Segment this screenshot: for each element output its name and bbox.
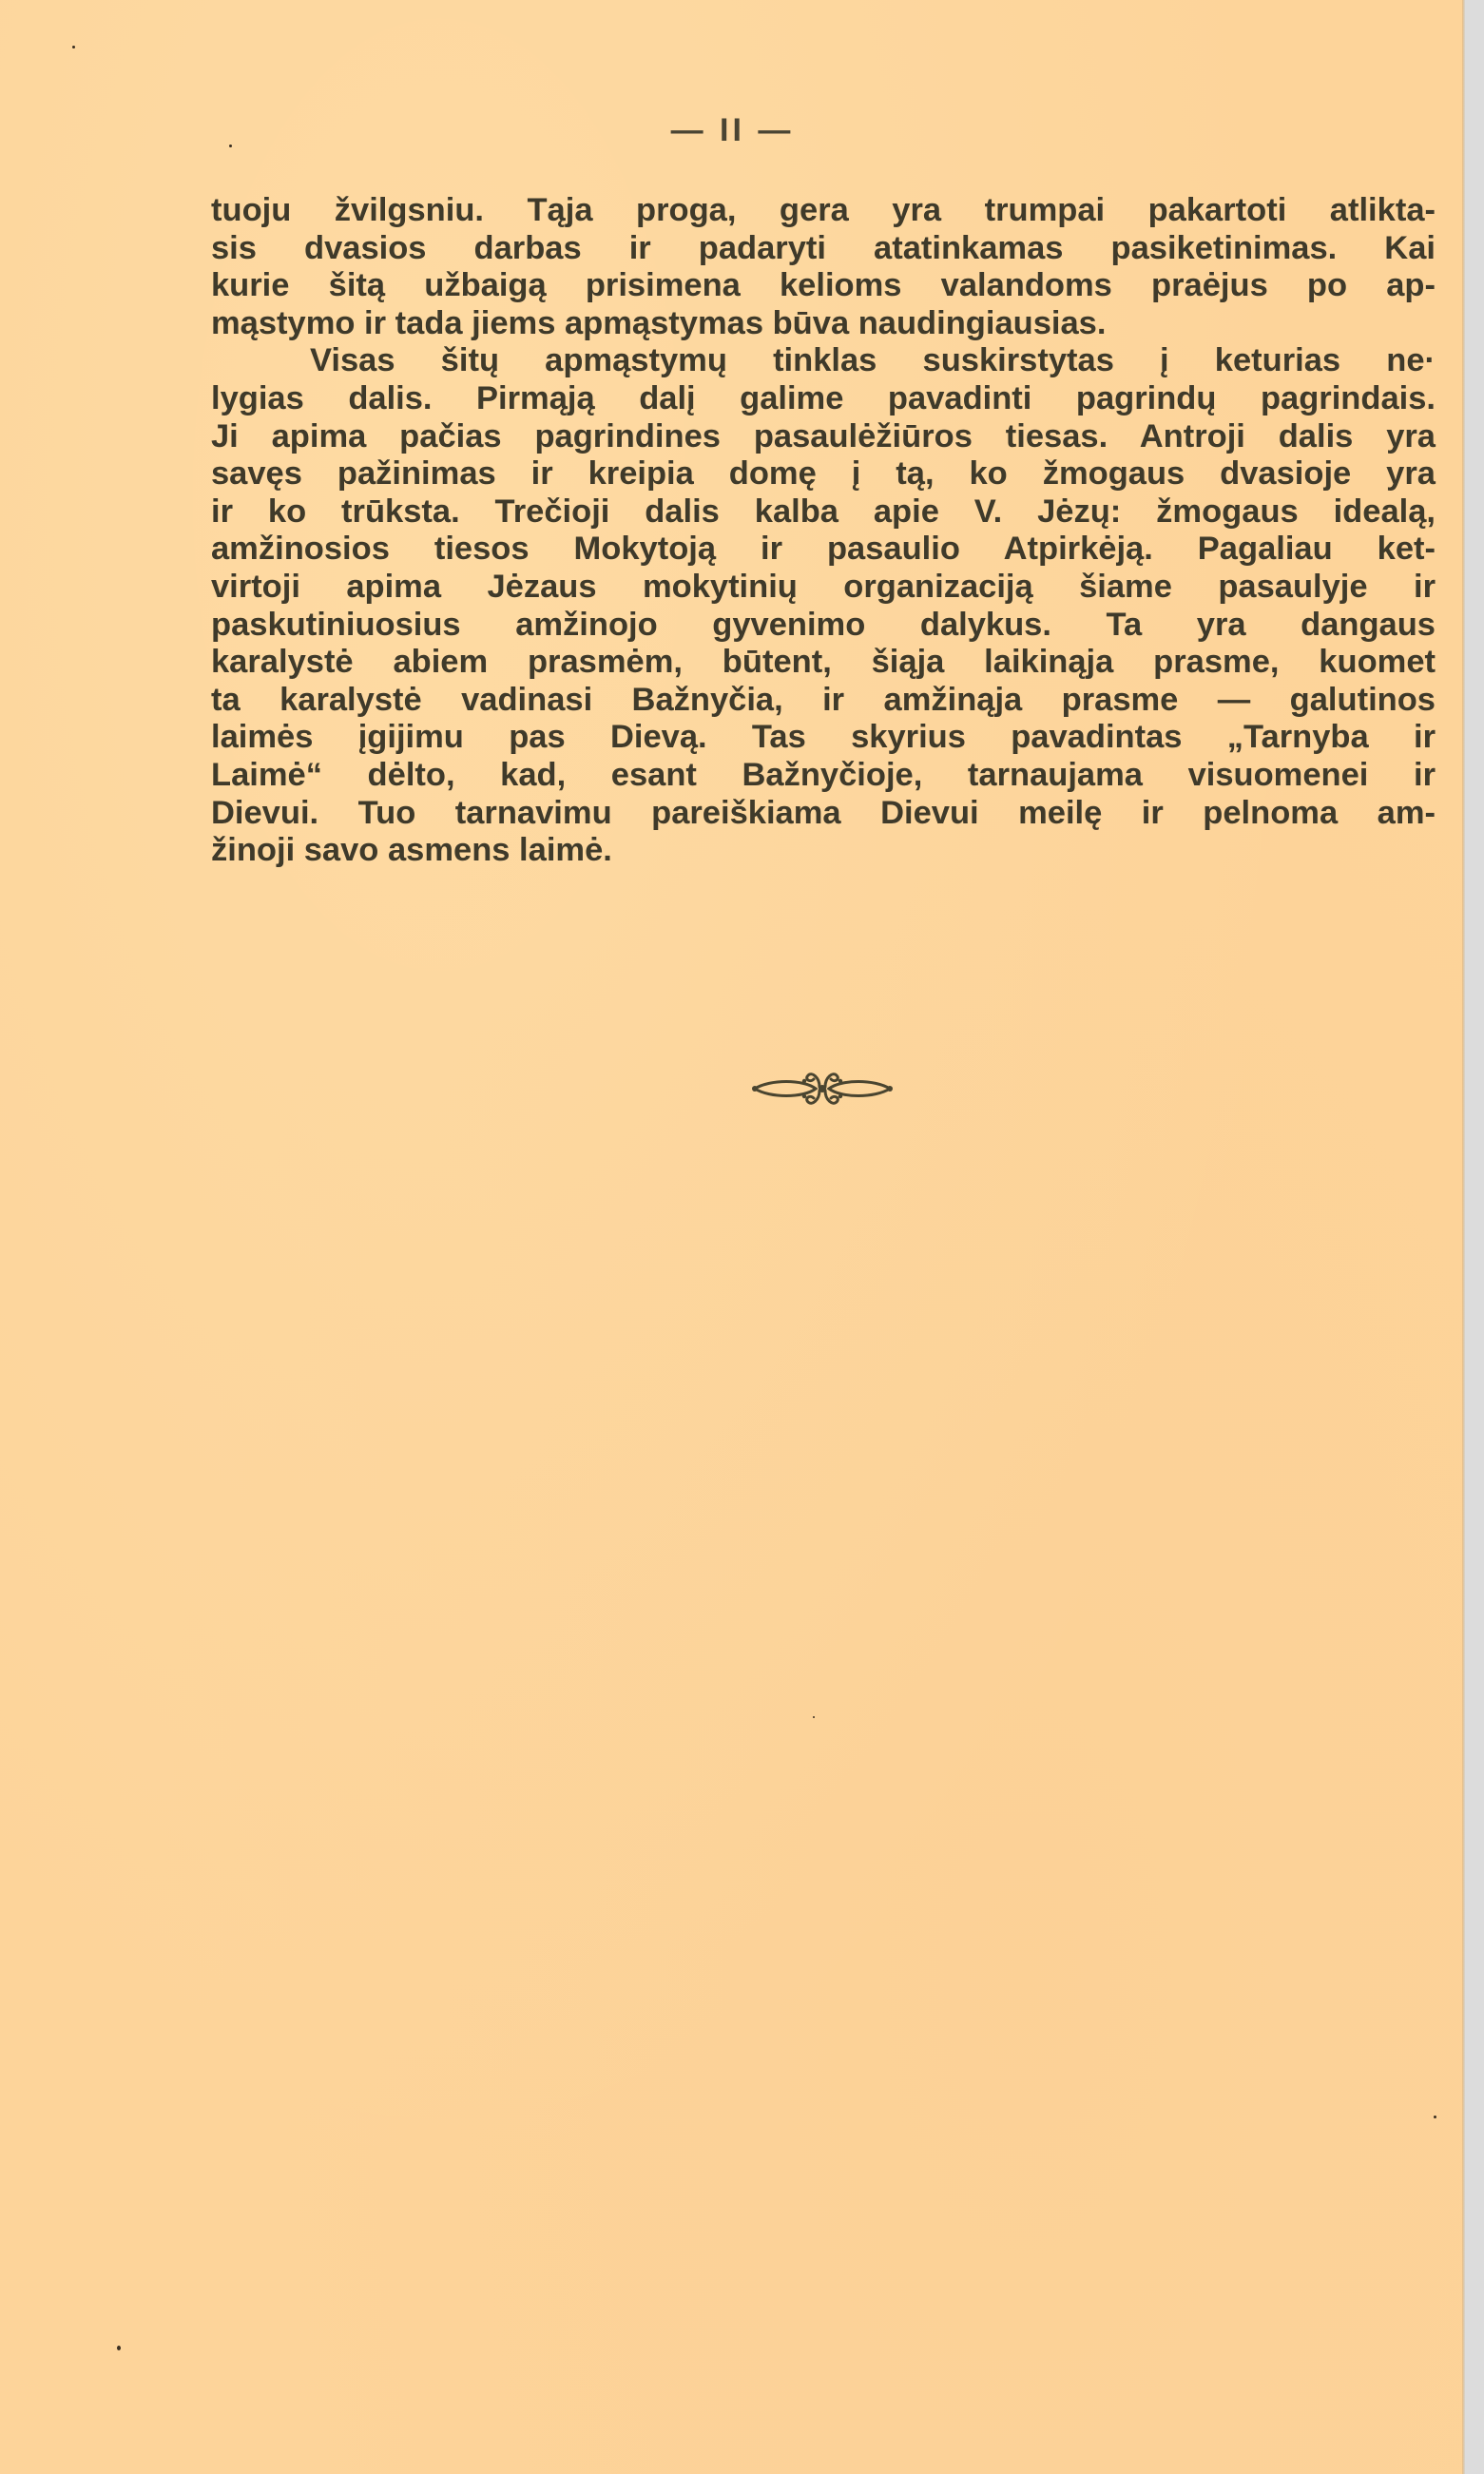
text-line: ir ko trūksta. Trečioji dalis kalba apie… xyxy=(211,493,1436,532)
paper-speck xyxy=(117,2346,121,2350)
paragraph-start-line: Visas šitų apmąstymų tinklas suskirstyta… xyxy=(211,342,1436,380)
text-line: kurie šitą užbaigą prisimena kelioms val… xyxy=(211,267,1436,305)
text-line: virtoji apima Jėzaus mokytinių organizac… xyxy=(211,569,1436,607)
text-line: savęs pažinimas ir kreipia domę į tą, ko… xyxy=(211,455,1436,493)
paper-speck xyxy=(813,1716,815,1718)
paper-speck xyxy=(72,46,75,48)
page-number: — II — xyxy=(0,112,1465,149)
text-line: Laimė“ dėlto, kad, esant Bažnyčioje, tar… xyxy=(211,757,1436,795)
text-line: laimės įgijimu pas Dievą. Tas skyrius pa… xyxy=(211,719,1436,757)
text-line: lygias dalis. Pirmąją dalį galime pavadi… xyxy=(211,380,1436,418)
text-line: Dievui. Tuo tarnavimu pareiškiama Dievui… xyxy=(211,795,1436,833)
text-line: žinoji savo asmens laimė. xyxy=(211,832,1436,870)
text-line: ta karalystė vadinasi Bažnyčia, ir amžin… xyxy=(211,682,1436,720)
text-line: Ji apima pačias pagrindines pasaulėžiūro… xyxy=(211,418,1436,456)
scan-background-strip xyxy=(1465,0,1484,2474)
paper-speck xyxy=(1434,2116,1436,2118)
book-page: — II — tuoju žvilgsniu. Tąja proga, gera… xyxy=(0,0,1465,2474)
fleuron-ornament-icon xyxy=(751,1060,894,1117)
text-line: karalystė abiem prasmėm, būtent, šiąja l… xyxy=(211,644,1436,682)
text-line: paskutiniuosius amžinojo gyvenimo dalyku… xyxy=(211,607,1436,645)
paper-speck xyxy=(229,145,232,147)
body-text: tuoju žvilgsniu. Tąja proga, gera yra tr… xyxy=(211,192,1436,870)
text-line: mąstymo ir tada jiems apmąstymas būva na… xyxy=(211,305,1436,343)
text-line: amžinosios tiesos Mokytoją ir pasaulio A… xyxy=(211,531,1436,569)
text-line: tuoju žvilgsniu. Tąja proga, gera yra tr… xyxy=(211,192,1436,230)
text-line: sis dvasios darbas ir padaryti atatinkam… xyxy=(211,230,1436,268)
